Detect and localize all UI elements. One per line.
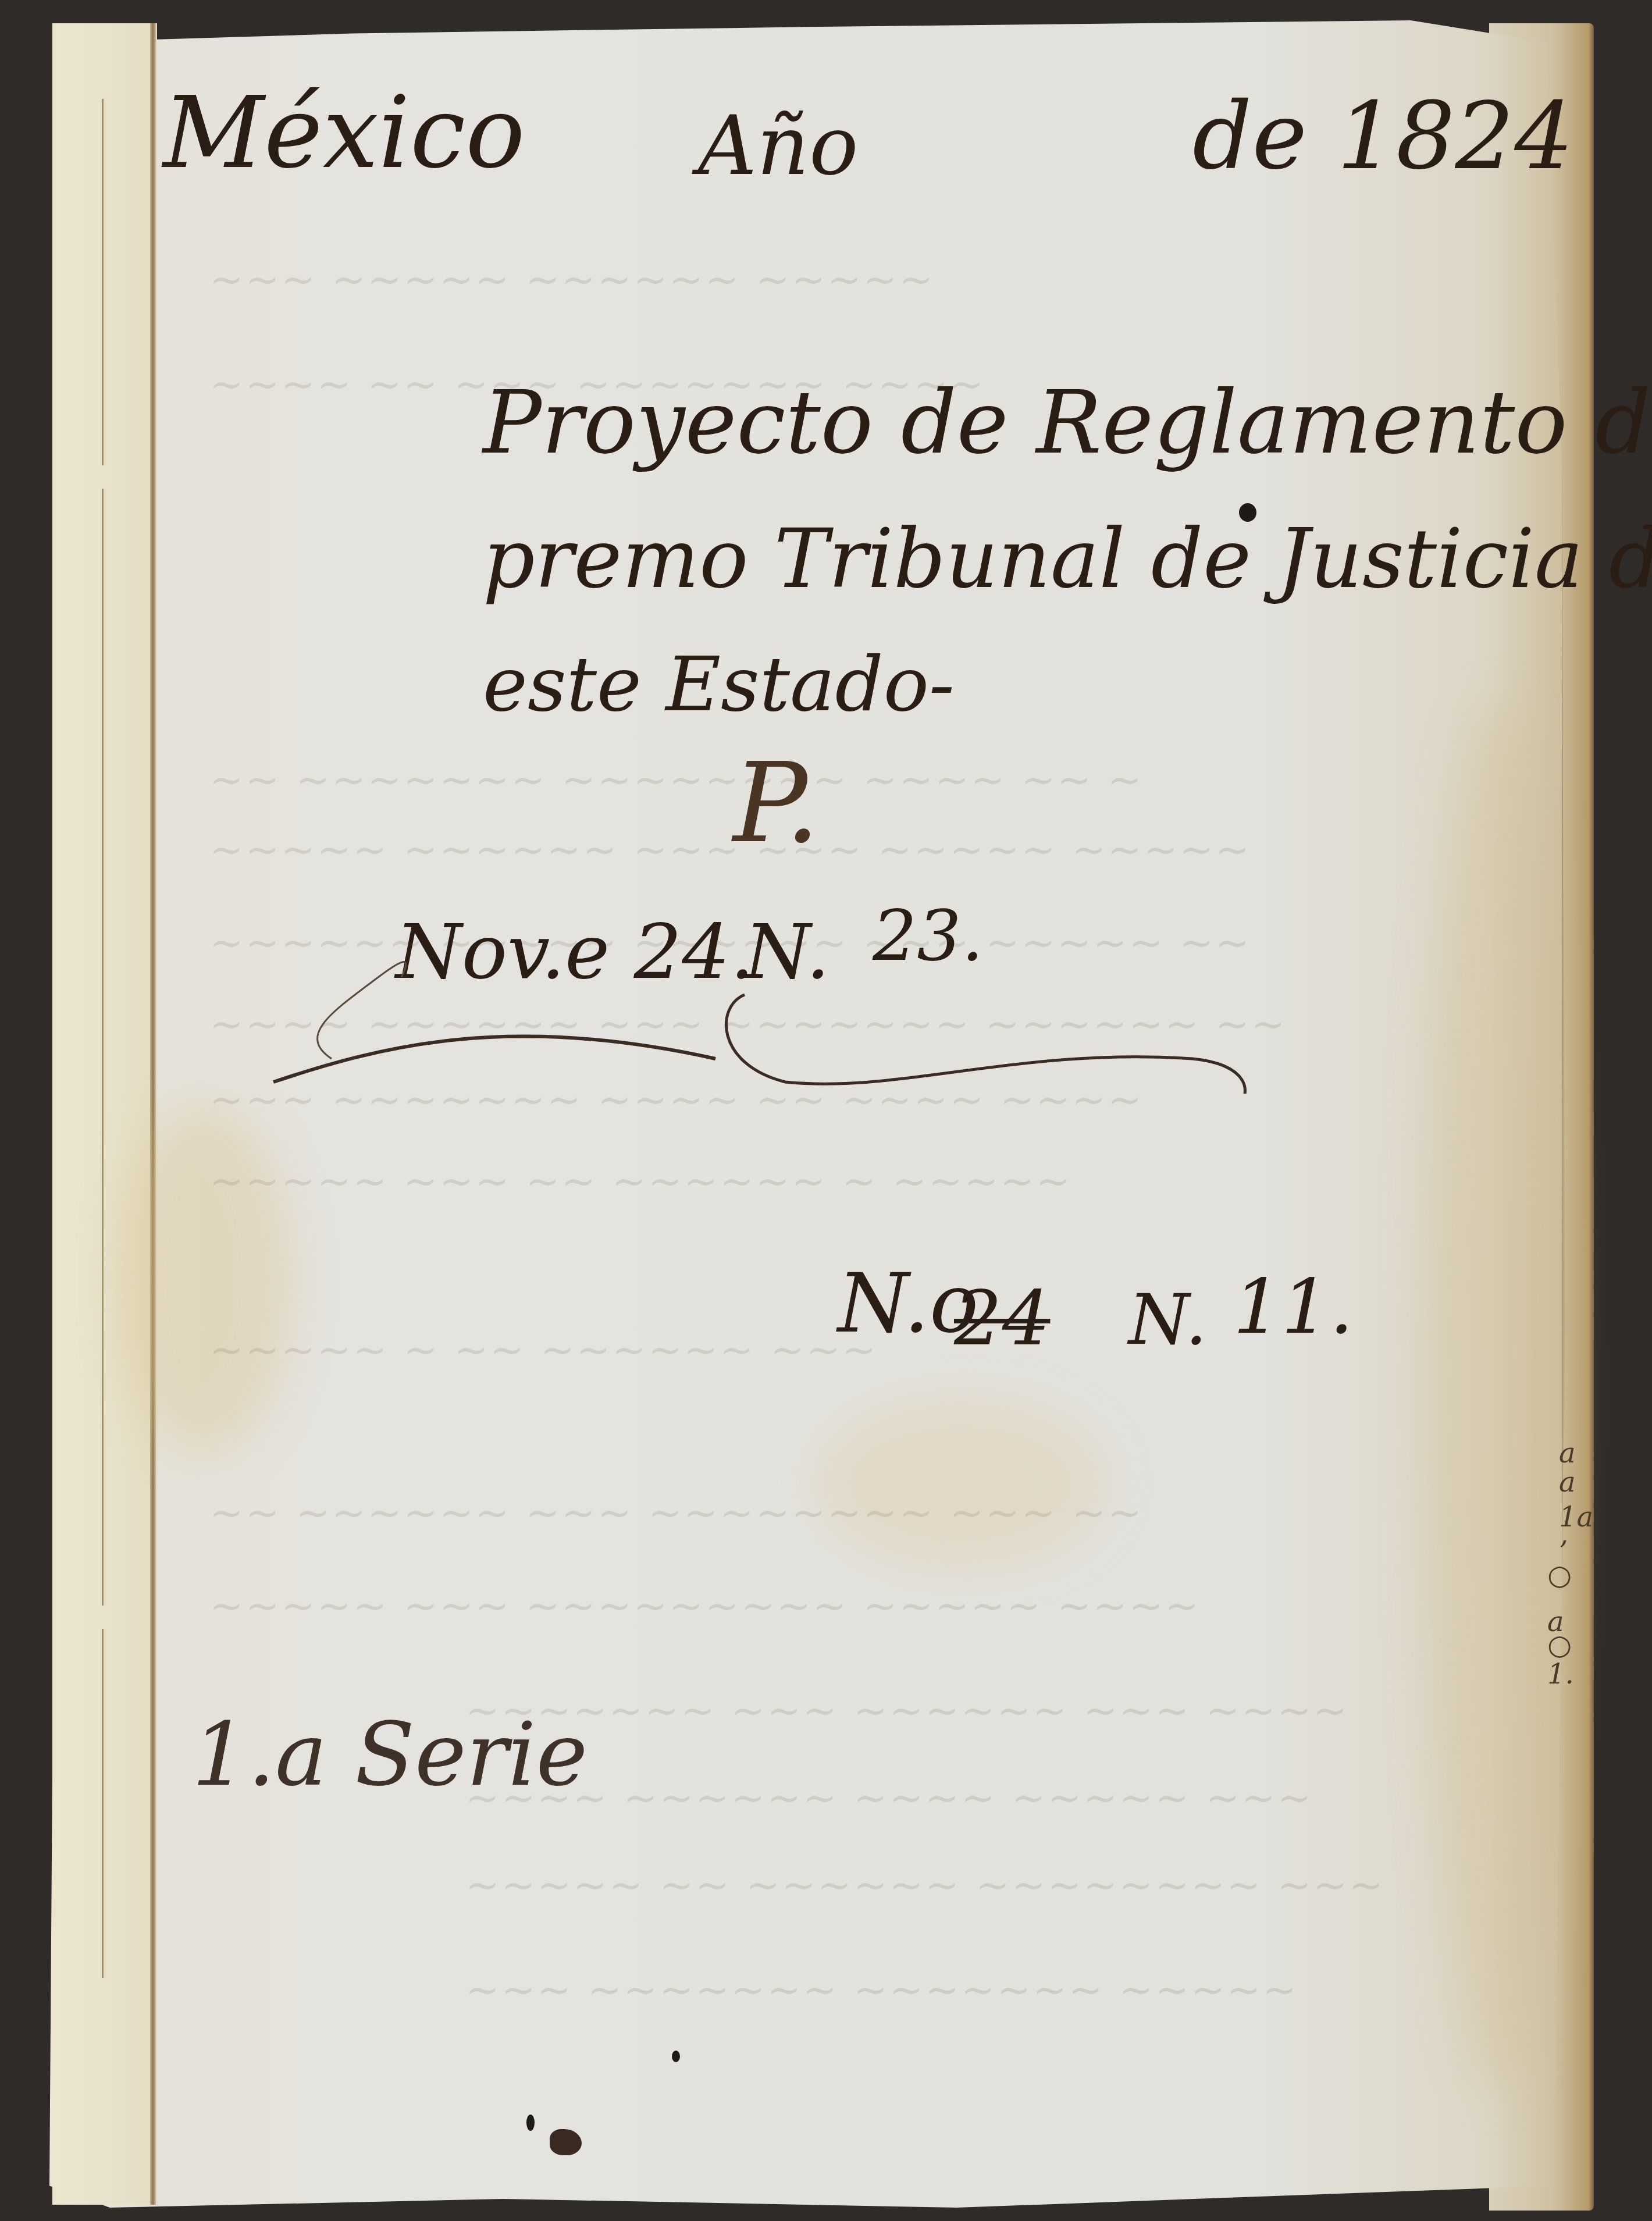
section-label: 1.a Serie xyxy=(192,1704,588,1806)
underline-flourish xyxy=(262,942,1309,1094)
binding-strip xyxy=(52,23,157,2205)
binding-fold xyxy=(150,23,156,2205)
margin-mark: 1a xyxy=(1559,1501,1593,1533)
bleed-through-text: ~~~~~ ~~~ ~~ ~~~~~~ ~ ~~~~~ xyxy=(209,1158,1072,1205)
header-place: México xyxy=(163,76,525,191)
catalog-new-label: N. xyxy=(1128,1280,1207,1361)
margin-mark: a xyxy=(1559,1466,1576,1499)
bleed-through-text: ~~~ ~~~~~ ~~~~~~ ~~~~~ xyxy=(209,256,935,304)
bleed-through-text: ~~~~ ~~~~~~ ~~~~ ~~~~~ ~~~ xyxy=(465,1774,1313,1822)
header-year-label: Año xyxy=(698,99,859,194)
binding-thread-bottom xyxy=(102,1629,104,1978)
title-line-2: premo Tribunal de Justicia de xyxy=(483,512,1652,607)
catalog-struck-value: 24 xyxy=(954,1274,1050,1362)
bleed-through-text: ~~ ~~~~~~ ~~~ ~~~~~~~~ ~~~ ~~ xyxy=(209,1489,1144,1537)
bleed-through-text: ~~~~~ ~~~~~~ ~~~ ~~~ ~~~~~ ~~~~~ xyxy=(209,826,1251,874)
bleed-through-text: ~~~~~~~ ~~~ ~~~~~~ ~~~ ~~~~ xyxy=(465,1687,1349,1735)
title-line-3: este Estado- xyxy=(483,640,955,728)
margin-mark: ○ xyxy=(1547,1629,1572,1661)
bleed-through-text: ~~~~~ ~~~ ~~~~~~~~~ ~~~~~ ~~~~ xyxy=(209,1582,1201,1630)
header-year: de 1824 xyxy=(1192,81,1573,190)
binding-thread-middle xyxy=(102,489,104,1606)
paper-stain xyxy=(1425,698,1571,2094)
binding-thread-top xyxy=(102,99,104,465)
bleed-through-text: ~~~~~ ~~ ~~~~~~ ~~~~~~~~ ~~~ xyxy=(465,1861,1385,1909)
bleed-through-text: ~~~~~ ~ ~~ ~~~~~~ ~~~ xyxy=(209,1326,878,1374)
margin-mark: 1. xyxy=(1547,1658,1574,1690)
ink-spot xyxy=(672,2051,680,2062)
paper-stain xyxy=(814,1396,1105,1571)
ink-stain xyxy=(550,2129,582,2155)
initial-letter: P. xyxy=(733,739,820,867)
catalog-new-value: 11. xyxy=(1233,1262,1354,1351)
title-line-1: Proyecto de Reglamento del Su- xyxy=(483,372,1652,474)
bleed-through-text: ~~~ ~~~~~~~ ~~~~~~~ ~~~~~ xyxy=(465,1966,1298,2014)
margin-mark: a xyxy=(1559,1437,1576,1469)
margin-mark: ○ xyxy=(1547,1559,1572,1592)
bleed-through-text: ~~ ~~~~~~~ ~~~~~~~~ ~~~~ ~~ ~ xyxy=(209,756,1144,804)
ink-spot xyxy=(526,2115,535,2131)
